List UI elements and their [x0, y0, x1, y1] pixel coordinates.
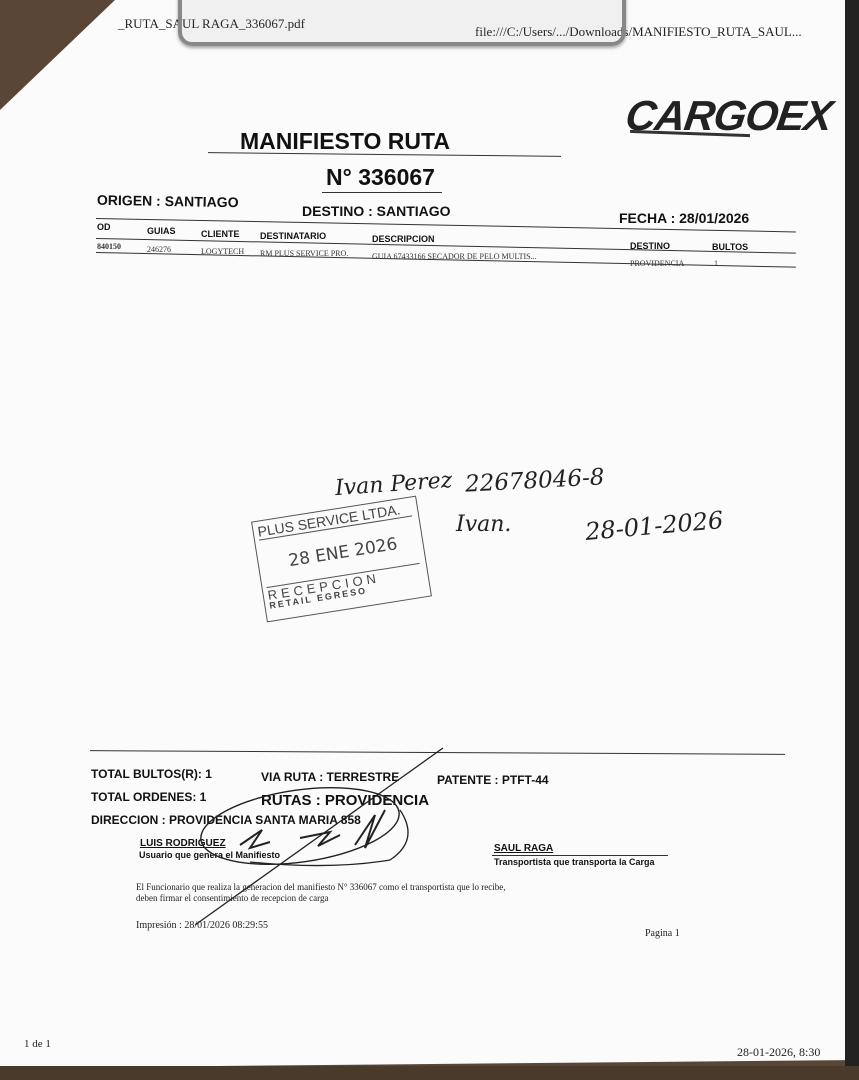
signature-scribble: [0, 0, 859, 1080]
